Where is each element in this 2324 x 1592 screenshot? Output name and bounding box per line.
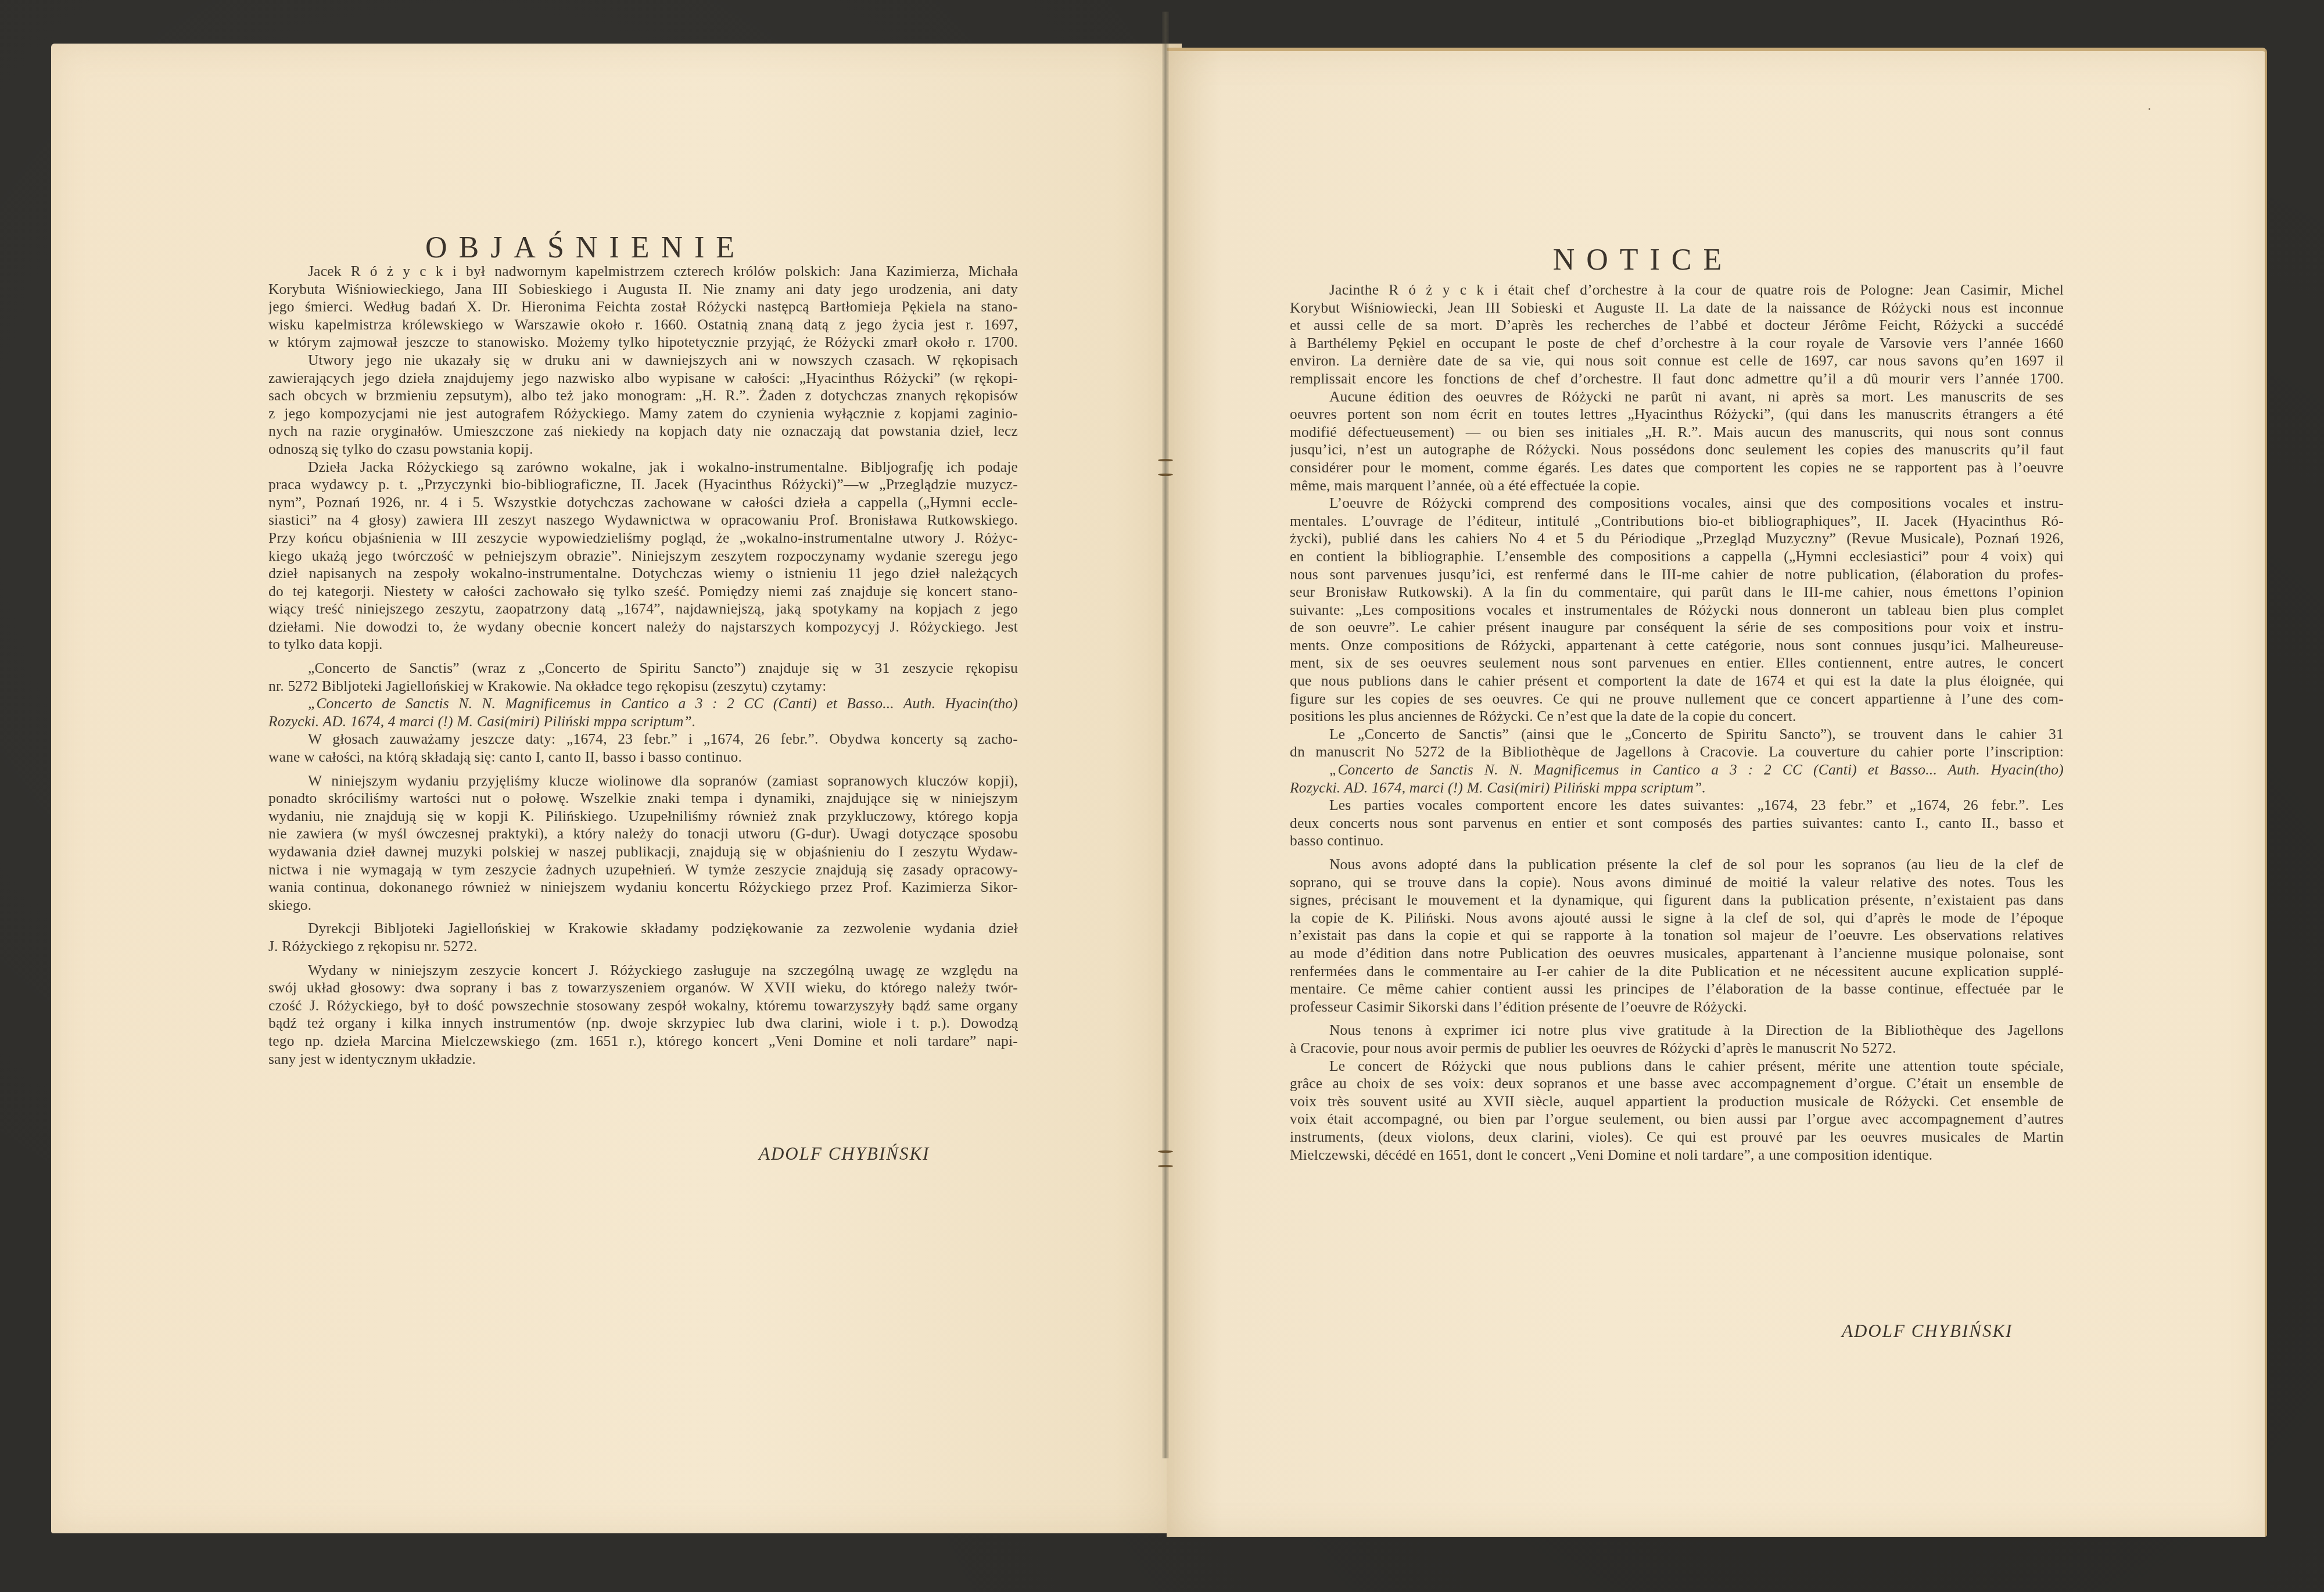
text-line: de son oeuvre”. Le cahier présent inaugu… (1290, 619, 2064, 637)
text-line: modifié défectueusement) — ou bien ses i… (1290, 424, 2064, 442)
text-line: à Cracovie, pour nous avoir permis de pu… (1290, 1039, 2064, 1057)
text-line: dn manuscrit No 5272 de la Bibliothèque … (1290, 743, 2064, 761)
text-line: J. Różyckiego z rękopisu nr. 5272. (268, 938, 1018, 956)
text-line: suivante: „Les compositions vocales et i… (1290, 601, 2064, 619)
text-line: do tej kategorji. Niestety w całości zac… (268, 583, 1018, 601)
text-line: seur Bronisław Rutkowski). A la fin du c… (1290, 583, 2064, 601)
text-line: jego śmierci. Według badań X. Dr. Hieron… (268, 298, 1018, 316)
text-line: „Concerto de Sanctis N. N. Magnificemus … (1290, 761, 2064, 779)
text-line: dziełami. Nie dowodzi to, że wydany obec… (268, 618, 1018, 636)
binding-stitch (1158, 1165, 1173, 1167)
text-line: Le concert de Różycki que nous publions … (1290, 1057, 2064, 1075)
text-line: nr. 5272 Bibljoteki Jagiellońskiej w Kra… (268, 677, 1018, 695)
text-line: odnoszą się tylko do czasu powstania kop… (268, 440, 1018, 458)
binding-stitch (1158, 474, 1173, 476)
text-line: en contient la bibliographie. L’ensemble… (1290, 548, 2064, 566)
page-title-polish: OBJAŚNIENIE (51, 231, 1120, 265)
text-line: „Concerto de Sanctis N. N. Magnificemus … (268, 695, 1018, 713)
text-line: to tylko data kopji. (268, 636, 1018, 654)
text-line: mentales. L’ouvrage de l’éditeur, intitu… (1290, 512, 2064, 530)
text-line: professeur Casimir Sikorski dans l’éditi… (1290, 998, 2064, 1016)
left-page: OBJAŚNIENIE Jacek R ó ż y c k i był nadw… (51, 44, 1182, 1533)
text-line: et aussi celle de sa mort. D’après les r… (1290, 317, 2064, 335)
text-line: w którym zajmował jeszcze to stanowisko.… (268, 334, 1018, 352)
text-line: Nous tenons à exprimer ici notre plus vi… (1290, 1021, 2064, 1039)
right-page: NOTICE Jacinthe R ó ż y c k i était chef… (1167, 48, 2267, 1537)
text-line: Dyrekcji Bibljoteki Jagiellońskiej w Kra… (268, 920, 1018, 938)
text-line: Przy końcu objaśnienia w III zeszycie wy… (268, 529, 1018, 547)
text-line: wydawania dzieł dawnej muzyki polskiej w… (268, 843, 1018, 861)
text-line: au mode d’édition dans notre Publication… (1290, 945, 2064, 963)
text-line: à Barthélemy Pękiel en occupant le poste… (1290, 335, 2064, 353)
text-line: la copie de K. Piliński. Nous avons ajou… (1290, 909, 2064, 927)
text-line: siastici” na 4 głosy) zawiera III zeszyt… (268, 511, 1018, 529)
text-line: jusqu’ici, n’est un autographe de Różyck… (1290, 441, 2064, 459)
text-line: tego np. dzieła Marcina Mielczewskiego (… (268, 1032, 1018, 1050)
text-line: „Concerto de Sanctis” (wraz z „Concerto … (268, 659, 1018, 677)
text-line: remplissait encore les fonctions de chef… (1290, 370, 2064, 388)
text-line: Rozycki. AD. 1674, marci (!) M. Casi(mir… (1290, 779, 2064, 797)
text-line: nous sont parvenues jusqu’ici, est renfe… (1290, 566, 2064, 584)
text-line: oeuvres portent son nom écrit en toutes … (1290, 406, 2064, 424)
signature-french: ADOLF CHYBIŃSKI (1842, 1321, 2013, 1342)
text-line: W niniejszym wydaniu przyjęliśmy klucze … (268, 772, 1018, 790)
text-line: ment, six de ses oeuvres seulement nous … (1290, 654, 2064, 672)
text-line: L’oeuvre de Różycki comprend des composi… (1290, 494, 2064, 512)
text-line: Korybut Wiśniowiecki, Jean III Sobieski … (1290, 299, 2064, 317)
text-line: Korybuta Wiśniowieckiego, Jana III Sobie… (268, 281, 1018, 299)
text-line: nictwa i nie wymagają w tym zeszycie żad… (268, 861, 1018, 879)
body-text-polish: Jacek R ó ż y c k i był nadwornym kapelm… (268, 263, 1018, 1068)
text-line: Nous avons adopté dans la publication pr… (1290, 856, 2064, 874)
text-line: bądź też organy i kilka innych instrumen… (268, 1014, 1018, 1032)
text-line: Le „Concerto de Sanctis” (ainsi que le „… (1290, 726, 2064, 744)
text-line: même, mais marquent l’année, où a été ef… (1290, 477, 2064, 495)
text-line: Dzieła Jacka Różyckiego są zarówno wokal… (268, 458, 1018, 476)
text-line: voix était accompagné, ou bien par l’org… (1290, 1110, 2064, 1128)
text-line: kiego ukażą jego twórczość w pełniejszym… (268, 547, 1018, 565)
text-line: czość J. Różyckiego, był to dość powszec… (268, 997, 1018, 1015)
text-line: zawierających jego dzieła znajdujemy jeg… (268, 370, 1018, 388)
text-line: wydaniu, nie znajdują się w kopji K. Pil… (268, 808, 1018, 826)
text-line: skiego. (268, 897, 1018, 915)
text-line: Utwory jego nie ukazały się w druku ani … (268, 352, 1018, 370)
text-line: n’existait pas dans la copie et qui se r… (1290, 927, 2064, 945)
text-line: ments. Onze compositions de Różycki, app… (1290, 637, 2064, 655)
text-line: swój układ głosowy: dwa soprany i bas z … (268, 979, 1018, 997)
text-line: nym”, Poznań 1926, nr. 4 i 5. Wszystkie … (268, 494, 1018, 512)
text-line: Les parties vocales comportent encore le… (1290, 797, 2064, 815)
binding-stitch (1158, 1150, 1173, 1153)
text-line: dzieł napisanych na zespoły wokalno-inst… (268, 565, 1018, 583)
paper-speck (2149, 108, 2150, 110)
text-line: nie zawiera (w myśl ówczesnej praktyki),… (268, 825, 1018, 843)
text-line: environ. La dernière date de sa vie, qui… (1290, 352, 2064, 370)
text-line: grâce au choix de ses voix: deux soprano… (1290, 1075, 2064, 1093)
text-line: soprano, qui se trouve dans la copie). N… (1290, 874, 2064, 892)
text-line: figure sur les copies de ses oeuvres. Ce… (1290, 690, 2064, 708)
text-line: signes, précisant le mouvement et la dyn… (1290, 891, 2064, 909)
text-line: z jego kompozycjami nie jest autografem … (268, 405, 1018, 423)
text-line: sany jest w identycznym układzie. (268, 1050, 1018, 1068)
text-line: wane w całości, na którą składają się: c… (268, 748, 1018, 766)
text-line: Aucune édition des oeuvres de Różycki ne… (1290, 388, 2064, 406)
text-line: voix très souvent usité au XVII siècle, … (1290, 1093, 2064, 1111)
text-line: positions les plus anciennes de Różycki.… (1290, 708, 2064, 726)
page-title-french: NOTICE (1167, 243, 2119, 277)
text-line: renfermées dans le commentaire au I-er c… (1290, 963, 2064, 981)
text-line: wisku kapelmistrza królewskiego w Warsza… (268, 316, 1018, 334)
signature-polish: ADOLF CHYBIŃSKI (759, 1143, 930, 1164)
text-line: Wydany w niniejszym zeszycie koncert J. … (268, 962, 1018, 980)
binding-stitch (1158, 459, 1173, 461)
text-line: instruments, (deux violons, deux clarini… (1290, 1128, 2064, 1146)
text-line: nych na razie oryginałów. Umieszczone za… (268, 422, 1018, 440)
text-line: mentaire. Ce même cahier contient aussi … (1290, 980, 2064, 998)
text-line: W głosach zauważamy jeszcze daty: „1674,… (268, 730, 1018, 748)
text-line: Rozycki. AD. 1674, 4 marci (!) M. Casi(m… (268, 713, 1018, 731)
text-line: Mielczewski, décédé en 1651, dont le con… (1290, 1146, 2064, 1164)
text-line: que nous publions dans le cahier présent… (1290, 672, 2064, 690)
text-line: considérer pour le moment, comme égarés.… (1290, 459, 2064, 477)
text-line: wania continua, dokonanego również w nin… (268, 879, 1018, 897)
body-text-french: Jacinthe R ó ż y c k i était chef d’orch… (1290, 281, 2064, 1164)
text-line: życki), publié dans les cahiers No 4 et … (1290, 530, 2064, 548)
text-line: praca wydawcy p. t. „Przyczynki bio-bibl… (268, 476, 1018, 494)
text-line: deux concerts nous sont parvenus en enti… (1290, 815, 2064, 833)
text-line: ponadto skróciliśmy wartości nut o połow… (268, 790, 1018, 808)
text-line: Jacinthe R ó ż y c k i était chef d’orch… (1290, 281, 2064, 299)
book-gutter (1162, 12, 1169, 1458)
text-line: wiący treść niniejszego zeszytu, zaopatr… (268, 600, 1018, 618)
text-line: sach obcych w brzmieniu zepsutym), albo … (268, 387, 1018, 405)
text-line: basso continuo. (1290, 832, 2064, 850)
text-line: Jacek R ó ż y c k i był nadwornym kapelm… (268, 263, 1018, 281)
